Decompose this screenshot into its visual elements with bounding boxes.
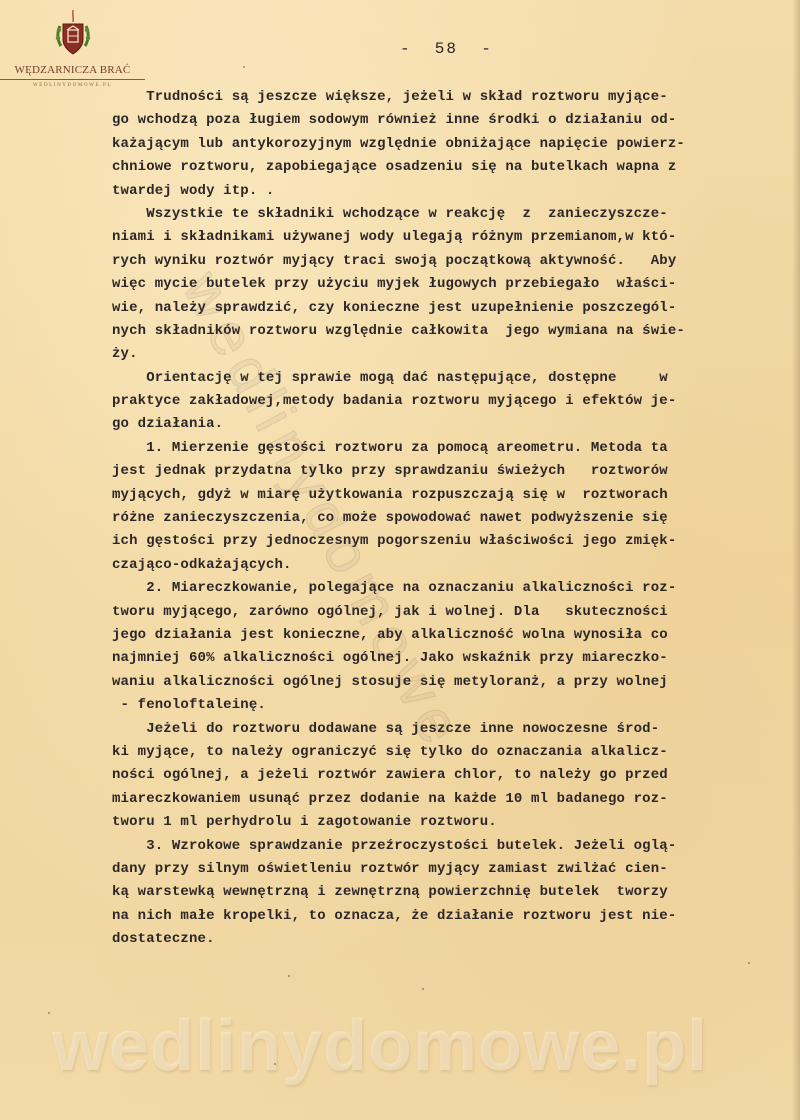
text-line: każającym lub antykorozyjnym względnie o…	[112, 133, 800, 156]
text-line: go działania.	[112, 413, 800, 436]
text-line: go wchodzą poza ługiem sodowym również i…	[112, 109, 800, 132]
text-line: dany przy silnym oświetleniu roztwór myj…	[112, 858, 800, 881]
text-line: ki myjące, to należy ograniczyć się tylk…	[112, 741, 800, 764]
paragraph: Orientację w tej sprawie mogą dać następ…	[112, 367, 800, 437]
text-line: dostateczne.	[112, 928, 800, 951]
paragraph: Trudności są jeszcze większe, jeżeli w s…	[112, 86, 800, 203]
paper-speck	[243, 66, 245, 68]
text-line: - fenoloftaleinę.	[112, 694, 800, 717]
text-line: jest jednak przydatna tylko przy sprawdz…	[112, 460, 800, 483]
paragraph: 3. Wzrokowe sprawdzanie przeźroczystości…	[112, 835, 800, 952]
paragraph: Wszystkie te składniki wchodzące w reakc…	[112, 203, 800, 367]
text-line: najmniej 60% alkaliczności ogólnej. Jako…	[112, 647, 800, 670]
text-line: ich gęstości przy jednoczesnym pogorszen…	[112, 530, 800, 553]
bottom-watermark: wedlinydomowe.pl	[52, 1005, 708, 1087]
text-line: niami i składnikami używanej wody ulegaj…	[112, 226, 800, 249]
text-line: wie, należy sprawdzić, czy konieczne jes…	[112, 297, 800, 320]
document-body: Trudności są jeszcze większe, jeżeli w s…	[112, 86, 800, 951]
text-line: tworu myjącego, zarówno ogólnej, jak i w…	[112, 601, 800, 624]
logo-title: WĘDZARNICZA BRAĆ	[0, 64, 145, 76]
text-line: waniu alkaliczności ogólnej stosuje się …	[112, 671, 800, 694]
text-line: 2. Miareczkowanie, polegające na oznacza…	[112, 577, 800, 600]
text-line: Orientację w tej sprawie mogą dać następ…	[112, 367, 800, 390]
text-line: twardej wody itp. .	[112, 180, 800, 203]
text-line: rych wyniku roztwór myjący traci swoją p…	[112, 250, 800, 273]
paragraph: 1. Mierzenie gęstości roztworu za pomocą…	[112, 437, 800, 577]
logo-divider	[0, 79, 145, 80]
text-line: Trudności są jeszcze większe, jeżeli w s…	[112, 86, 800, 109]
paper-speck	[48, 1012, 50, 1014]
text-line: myjących, gdyż w miarę użytkowania rozpu…	[112, 484, 800, 507]
text-line: praktyce zakładowej,metody badania roztw…	[112, 390, 800, 413]
text-line: 1. Mierzenie gęstości roztworu za pomocą…	[112, 437, 800, 460]
paragraph: 2. Miareczkowanie, polegające na oznacza…	[112, 577, 800, 717]
smokehouse-crest-icon	[51, 8, 95, 58]
text-line: nych składników roztworu względnie całko…	[112, 320, 800, 343]
paper-speck	[274, 1063, 276, 1065]
text-line: miareczkowaniem usunąć przez dodanie na …	[112, 788, 800, 811]
text-line: jego działania jest konieczne, aby alkal…	[112, 624, 800, 647]
text-line: 3. Wzrokowe sprawdzanie przeźroczystości…	[112, 835, 800, 858]
text-line: więc mycie butelek przy użyciu myjek ług…	[112, 273, 800, 296]
paper-speck	[748, 962, 750, 964]
text-line: czająco-odkażających.	[112, 554, 800, 577]
text-line: na nich małe kropelki, to oznacza, że dz…	[112, 905, 800, 928]
text-line: chniowe roztworu, zapobiegające osadzeni…	[112, 156, 800, 179]
text-line: Wszystkie te składniki wchodzące w reakc…	[112, 203, 800, 226]
paper-speck	[422, 988, 424, 990]
site-logo[interactable]: WĘDZARNICZA BRAĆ WEDLINYDOMOWE.PL	[0, 8, 145, 88]
text-line: ką warstewką wewnętrzną i zewnętrzną pow…	[112, 881, 800, 904]
text-line: ży.	[112, 343, 800, 366]
text-line: różne zanieczyszczenia, co może spowodow…	[112, 507, 800, 530]
text-line: tworu 1 ml perhydrolu i zagotowanie rozt…	[112, 811, 800, 834]
text-line: ności ogólnej, a jeżeli roztwór zawiera …	[112, 764, 800, 787]
paragraph: Jeżeli do roztworu dodawane są jeszcze i…	[112, 718, 800, 835]
paper-speck	[288, 975, 290, 977]
text-line: Jeżeli do roztworu dodawane są jeszcze i…	[112, 718, 800, 741]
page-number: - 58 -	[400, 40, 493, 58]
